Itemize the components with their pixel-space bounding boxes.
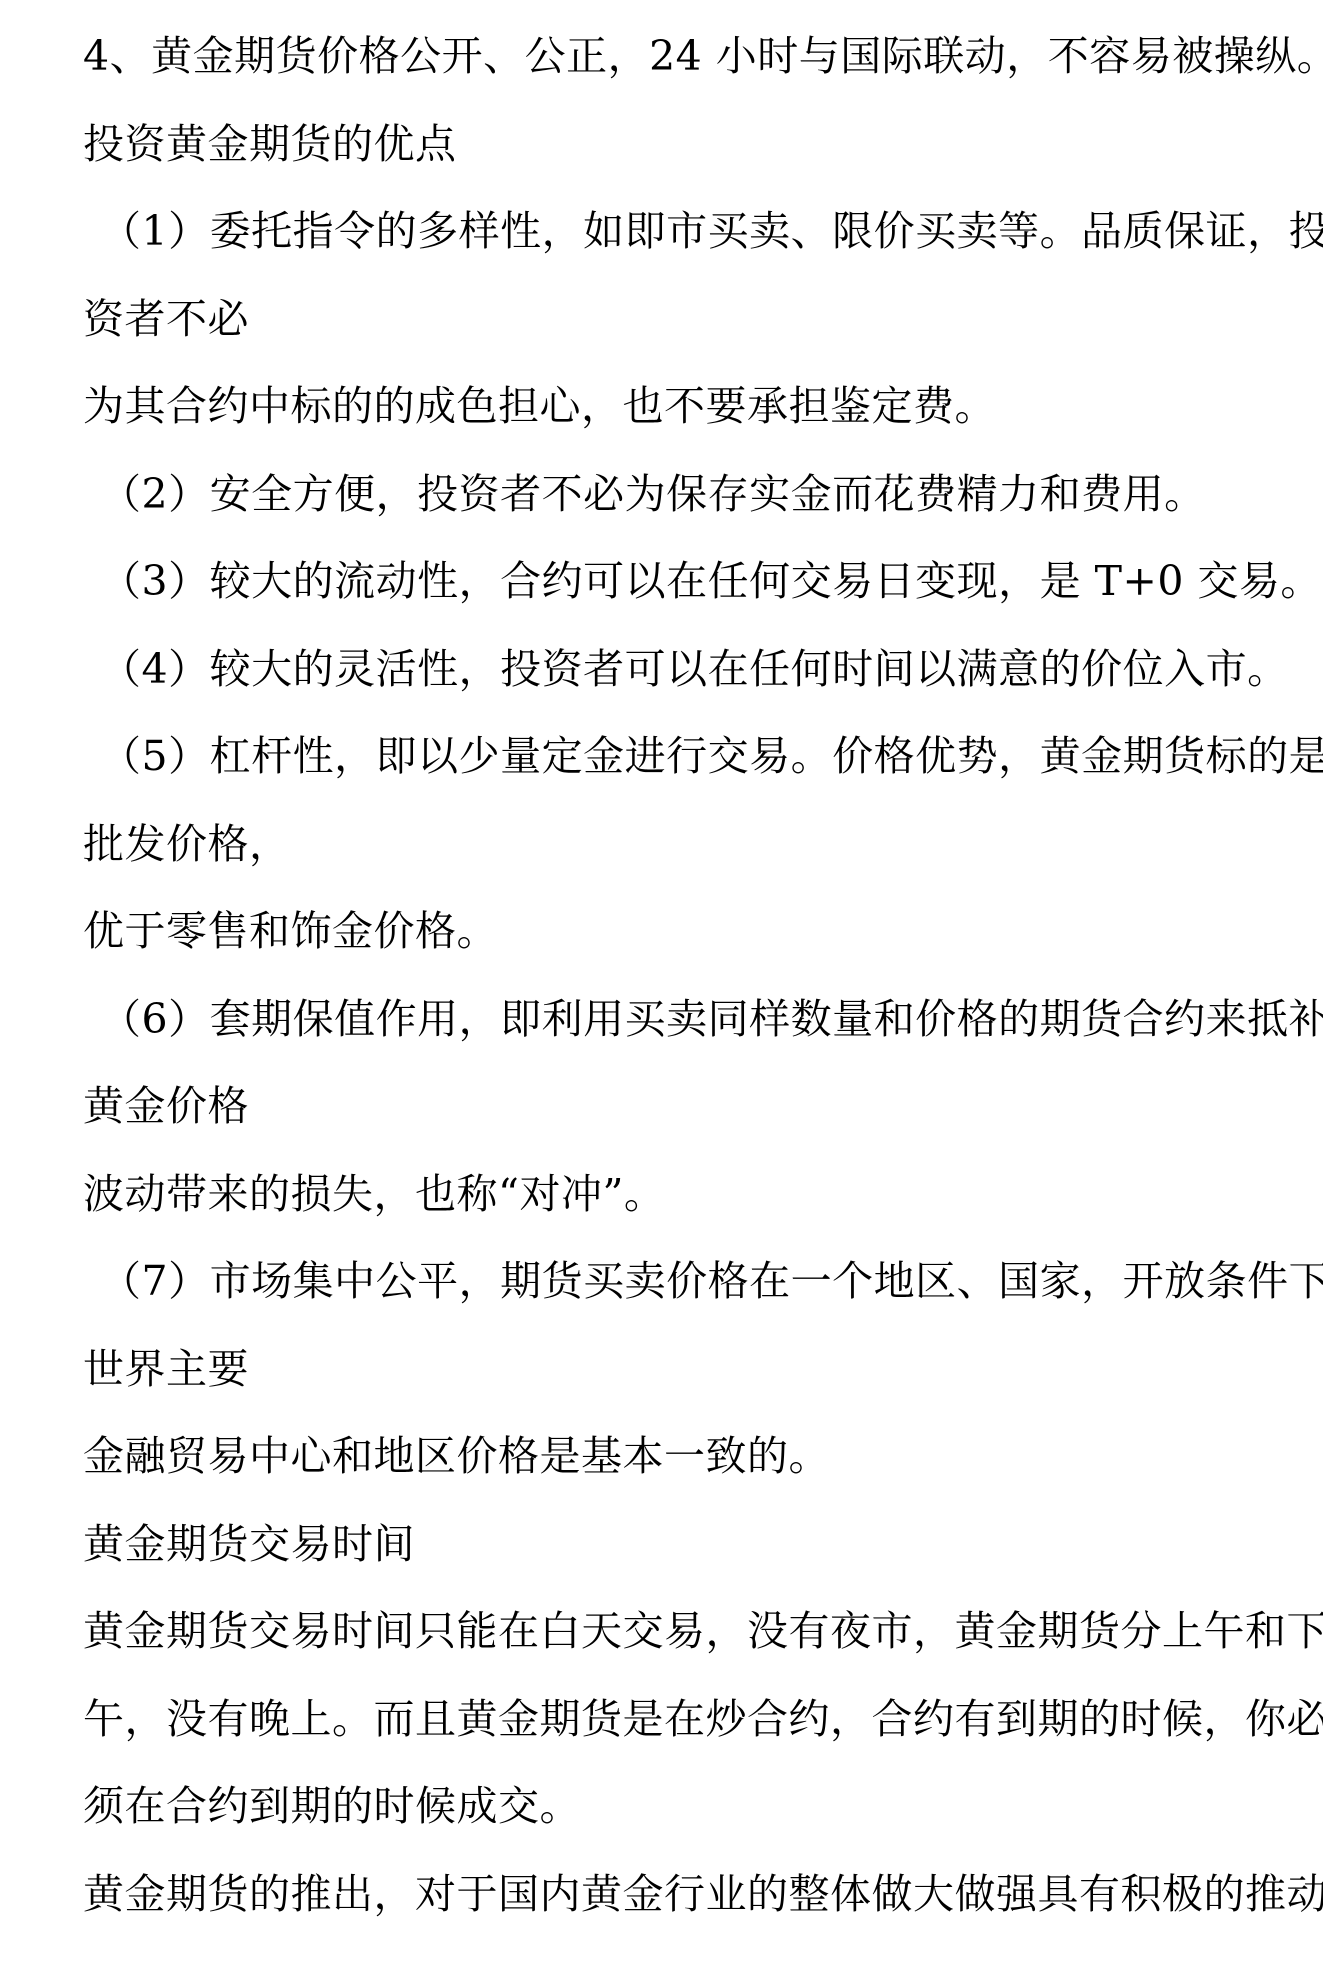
text-line-point1-cont2: 为其合约中标的的成色担心，也不要承担鉴定费。 <box>83 363 1293 451</box>
text-line-point4: （4）较大的灵活性，投资者可以在任何时间以满意的价位入市。 <box>83 626 1293 714</box>
text-line-point5-cont1: 批发价格， <box>83 801 1293 889</box>
text-line-advantages-heading: 投资黄金期货的优点 <box>83 101 1293 189</box>
text-line-point1: （1）委托指令的多样性，如即市买卖、限价买卖等。品质保证，投 <box>83 188 1293 276</box>
text-line-trading-hours-heading: 黄金期货交易时间 <box>83 1501 1293 1589</box>
document-page: 4、黄金期货价格公开、公正，24 小时与国际联动，不容易被操纵。 投资黄金期货的… <box>0 0 1323 1964</box>
text-line-point7: （7）市场集中公平，期货买卖价格在一个地区、国家，开放条件下 <box>83 1238 1293 1326</box>
text-line-item4-intro: 4、黄金期货价格公开、公正，24 小时与国际联动，不容易被操纵。 <box>83 13 1293 101</box>
text-line-point6-cont1: 黄金价格 <box>83 1063 1293 1151</box>
text-line-point5: （5）杠杆性，即以少量定金进行交易。价格优势，黄金期货标的是 <box>83 713 1293 801</box>
text-line-trading-hours-1: 黄金期货交易时间只能在白天交易，没有夜市，黄金期货分上午和下 <box>83 1588 1293 1676</box>
text-line-point6-cont2: 波动带来的损失，也称“对冲”。 <box>83 1151 1293 1239</box>
text-line-trading-hours-3: 须在合约到期的时候成交。 <box>83 1763 1293 1851</box>
text-line-point6: （6）套期保值作用，即利用买卖同样数量和价格的期货合约来抵补 <box>83 976 1293 1064</box>
text-line-point7-cont2: 金融贸易中心和地区价格是基本一致的。 <box>83 1413 1293 1501</box>
text-line-trading-hours-2: 午，没有晚上。而且黄金期货是在炒合约，合约有到期的时候，你必 <box>83 1676 1293 1764</box>
text-line-point1-cont1: 资者不必 <box>83 276 1293 364</box>
text-line-launch-impact: 黄金期货的推出，对于国内黄金行业的整体做大做强具有积极的推动 <box>83 1851 1293 1939</box>
text-line-point2: （2）安全方便，投资者不必为保存实金而花费精力和费用。 <box>83 451 1293 539</box>
text-line-point7-cont1: 世界主要 <box>83 1326 1293 1414</box>
text-line-point5-cont2: 优于零售和饰金价格。 <box>83 888 1293 976</box>
text-line-point3: （3）较大的流动性，合约可以在任何交易日变现，是 T+0 交易。 <box>83 538 1293 626</box>
